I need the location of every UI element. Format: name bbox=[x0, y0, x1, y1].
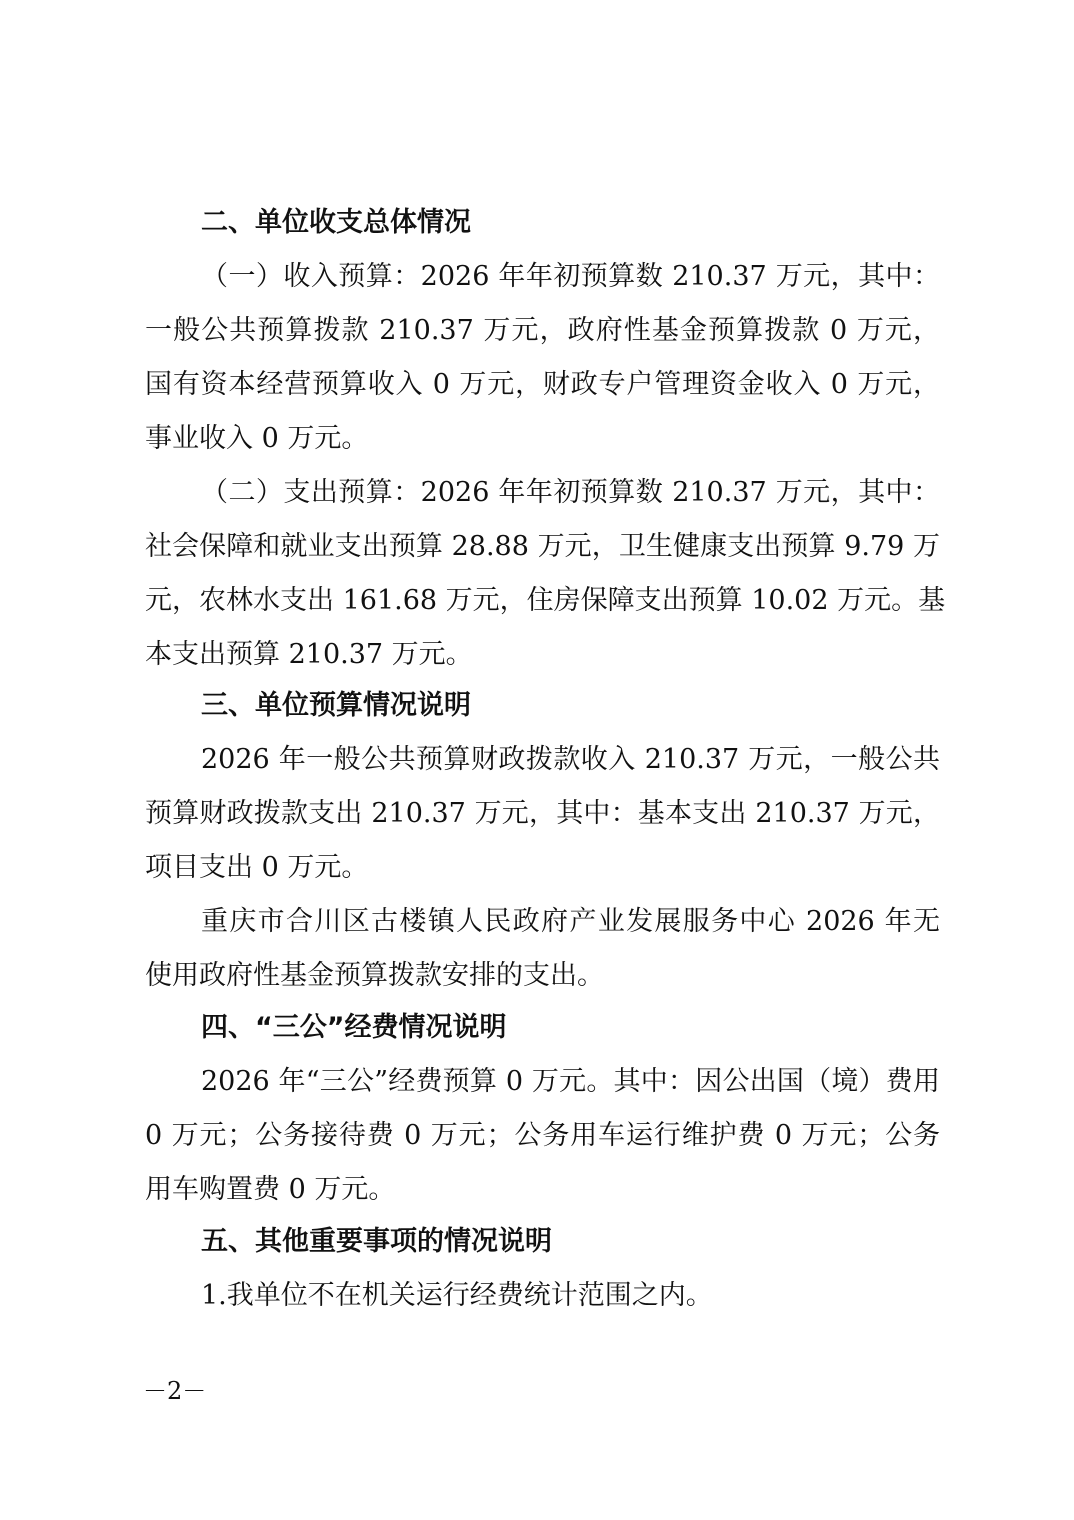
paragraph-line: 一般公共预算拨款 210.37 万元，政府性基金预算拨款 0 万元， bbox=[145, 313, 940, 349]
paragraph-line: 0 万元；公务接待费 0 万元；公务用车运行维护费 0 万元；公务 bbox=[145, 1118, 940, 1154]
section-heading-3: 三、单位预算情况说明 bbox=[201, 688, 471, 724]
paragraph-line: 事业收入 0 万元。 bbox=[145, 421, 940, 457]
paragraph-line: 国有资本经营预算收入 0 万元，财政专户管理资金收入 0 万元， bbox=[145, 367, 940, 403]
paragraph-line: 元，农林水支出 161.68 万元，住房保障支出预算 10.02 万元。基 bbox=[145, 583, 940, 619]
paragraph-line: 2026 年“三公”经费预算 0 万元。其中：因公出国（境）费用 bbox=[201, 1064, 940, 1100]
section-heading-2: 二、单位收支总体情况 bbox=[201, 205, 471, 241]
section-heading-5: 五、其他重要事项的情况说明 bbox=[201, 1224, 552, 1260]
paragraph-line: （二）支出预算：2026 年年初预算数 210.37 万元，其中： bbox=[201, 475, 940, 511]
paragraph-line: 用车购置费 0 万元。 bbox=[145, 1172, 940, 1208]
paragraph-line: 预算财政拨款支出 210.37 万元，其中：基本支出 210.37 万元， bbox=[145, 796, 940, 832]
paragraph-line: 项目支出 0 万元。 bbox=[145, 850, 940, 886]
paragraph-line: 社会保障和就业支出预算 28.88 万元，卫生健康支出预算 9.79 万 bbox=[145, 529, 940, 565]
paragraph-line: 1.我单位不在机关运行经费统计范围之内。 bbox=[201, 1278, 940, 1314]
paragraph-line: 2026 年一般公共预算财政拨款收入 210.37 万元，一般公共 bbox=[201, 742, 940, 778]
paragraph-line: 使用政府性基金预算拨款安排的支出。 bbox=[145, 958, 940, 994]
paragraph-line: （一）收入预算：2026 年年初预算数 210.37 万元，其中： bbox=[201, 259, 940, 295]
page-number: －2－ bbox=[143, 1376, 206, 1406]
document-page: 二、单位收支总体情况 （一）收入预算：2026 年年初预算数 210.37 万元… bbox=[0, 0, 1074, 1520]
section-heading-4: 四、“三公”经费情况说明 bbox=[201, 1010, 507, 1046]
paragraph-line: 重庆市合川区古楼镇人民政府产业发展服务中心 2026 年无 bbox=[201, 904, 940, 940]
paragraph-line: 本支出预算 210.37 万元。 bbox=[145, 637, 940, 673]
